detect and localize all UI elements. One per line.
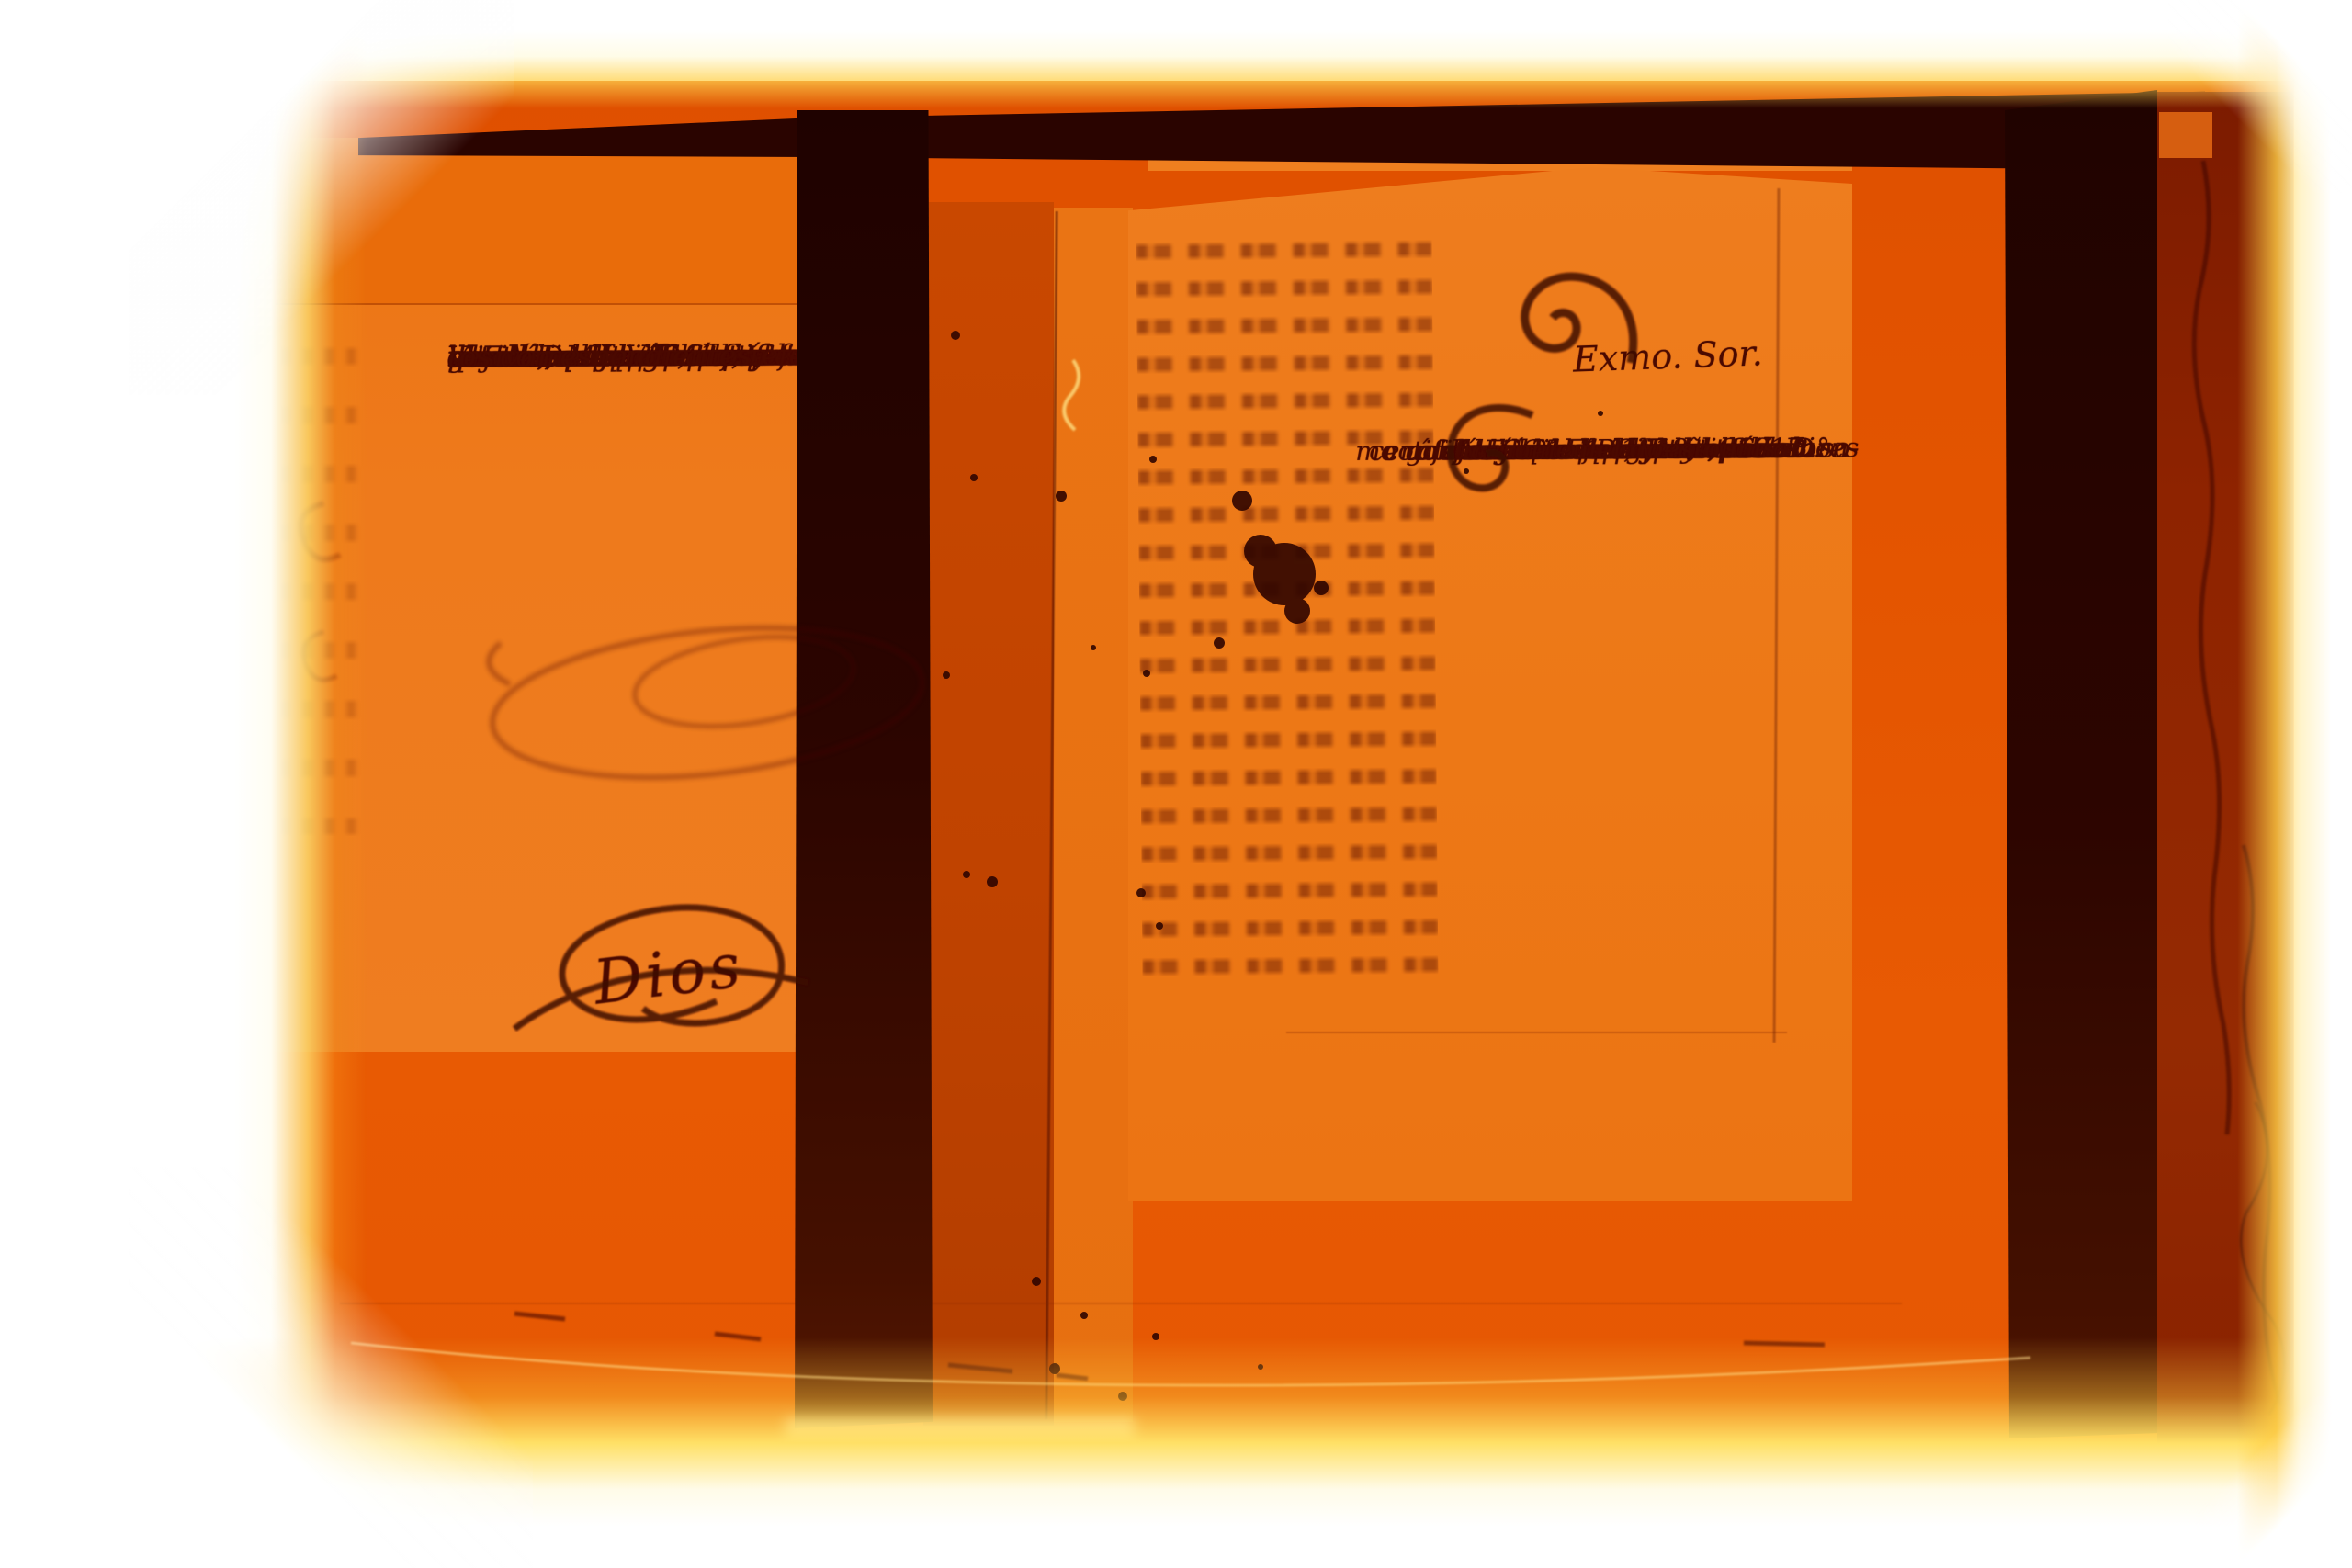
- ink-and-scratch-overlay: [0, 0, 2352, 1568]
- microfilm-photo: de Auto de V. E. del pro- pio dia, carta…: [0, 0, 2352, 1568]
